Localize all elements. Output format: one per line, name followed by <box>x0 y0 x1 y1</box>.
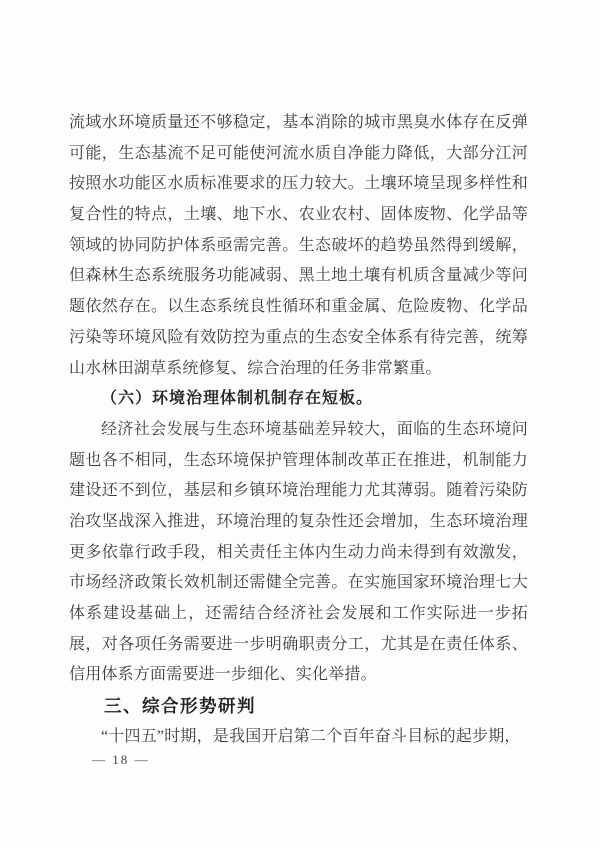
section-heading-six: （六）环境治理体制机制存在短板。 <box>69 384 528 415</box>
section-heading-three: 三、综合形势研判 <box>69 691 528 722</box>
body-text-line: 流域水环境质量还不够稳定，基本消除的城市黑臭水体存在反弹 <box>69 108 528 139</box>
body-text-line: 经济社会发展与生态环境基础差异较大，面临的生态环境问 <box>69 415 528 446</box>
body-text-line: 复合性的特点，土壤、地下水、农业农村、固体废物、化学品等 <box>69 200 528 231</box>
body-text-line: 按照水功能区水质标准要求的压力较大。土壤环境呈现多样性和 <box>69 169 528 200</box>
body-text-line: 市场经济政策长效机制还需健全完善。在实施国家环境治理七大 <box>69 568 528 599</box>
body-text-line: “十四五”时期，是我国开启第二个百年奋斗目标的起步期， <box>69 722 528 753</box>
page-number: — 18 — <box>92 752 150 768</box>
body-text-line: 体系建设基础上，还需结合经济社会发展和工作实际进一步拓 <box>69 599 528 630</box>
body-text-line: 建设还不到位，基层和乡镇环境治理能力尤其薄弱。随着污染防 <box>69 476 528 507</box>
body-text-line: 山水林田湖草系统修复、综合治理的任务非常繁重。 <box>69 354 528 385</box>
body-text-line: 领域的协同防护体系亟需完善。生态破坏的趋势虽然得到缓解， <box>69 231 528 262</box>
body-text-line: 题依然存在。以生态系统良性循环和重金属、危险废物、化学品 <box>69 292 528 323</box>
document-body: 流域水环境质量还不够稳定，基本消除的城市黑臭水体存在反弹 可能，生态基流不足可能… <box>69 108 528 752</box>
body-text-line: 信用体系方面需要进一步细化、实化举措。 <box>69 660 528 691</box>
body-text-line: 更多依靠行政手段，相关责任主体内生动力尚未得到有效激发， <box>69 538 528 569</box>
body-text-line: 展，对各项任务需要进一步明确职责分工，尤其是在责任体系、 <box>69 630 528 661</box>
body-text-line: 但森林生态系统服务功能减弱、黑土地土壤有机质含量减少等问 <box>69 261 528 292</box>
document-page: 流域水环境质量还不够稳定，基本消除的城市黑臭水体存在反弹 可能，生态基流不足可能… <box>0 0 600 848</box>
body-text-line: 题也各不相同，生态环境保护管理体制改革正在推进，机制能力 <box>69 446 528 477</box>
body-text-line: 污染等环境风险有效防控为重点的生态安全体系有待完善，统筹 <box>69 323 528 354</box>
body-text-line: 治攻坚战深入推进，环境治理的复杂性还会增加，生态环境治理 <box>69 507 528 538</box>
body-text-line: 可能，生态基流不足可能使河流水质自净能力降低，大部分江河 <box>69 139 528 170</box>
